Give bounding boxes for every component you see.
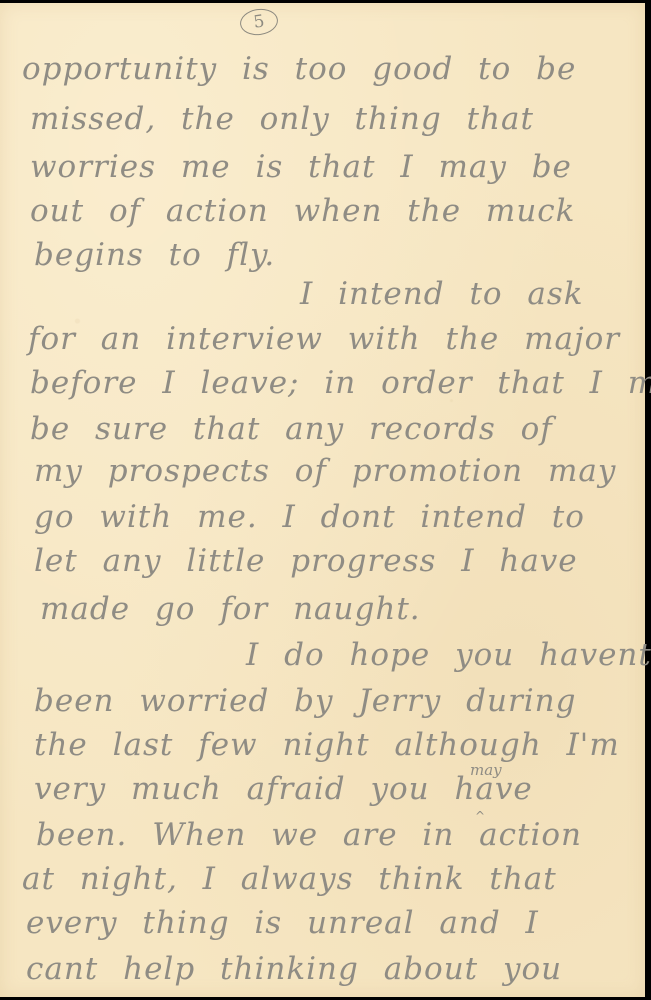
letter-line-14: I do hope you havent	[246, 637, 651, 673]
letter-line-4: out of action when the muck	[30, 193, 575, 229]
letter-line-20: every thing is unreal and I	[26, 905, 539, 941]
letter-line-1: opportunity is too good to be	[22, 51, 576, 87]
letter-line-2: missed, the only thing that	[30, 101, 534, 137]
page-number-badge: 5	[238, 6, 279, 37]
letter-line-16: the last few night although I'm	[34, 727, 620, 763]
letter-page: 5 opportunity is too good to be missed, …	[0, 3, 645, 997]
letter-line-19: at night, I always think that	[22, 861, 557, 897]
letter-line-13: made go for naught.	[40, 591, 421, 627]
letter-line-3: worries me is that I may be	[30, 149, 572, 185]
letter-line-8: before I leave; in order that I may	[30, 365, 651, 401]
letter-line-18: been. When we are in action	[36, 817, 582, 853]
letter-line-12: let any little progress I have	[34, 543, 578, 579]
letter-line-21: cant help thinking about you	[26, 951, 562, 987]
letter-line-10: my prospects of promotion may	[34, 453, 616, 489]
letter-line-17: very much afraid you have	[34, 771, 533, 807]
letter-line-15: been worried by Jerry during	[34, 683, 577, 719]
letter-line-9: be sure that any records of	[30, 411, 553, 447]
letter-line-11: go with me. I dont intend to	[34, 499, 585, 535]
letter-line-5: begins to fly.	[34, 237, 275, 273]
letter-line-7: for an interview with the major	[28, 321, 620, 357]
letter-line-6: I intend to ask	[300, 276, 584, 312]
